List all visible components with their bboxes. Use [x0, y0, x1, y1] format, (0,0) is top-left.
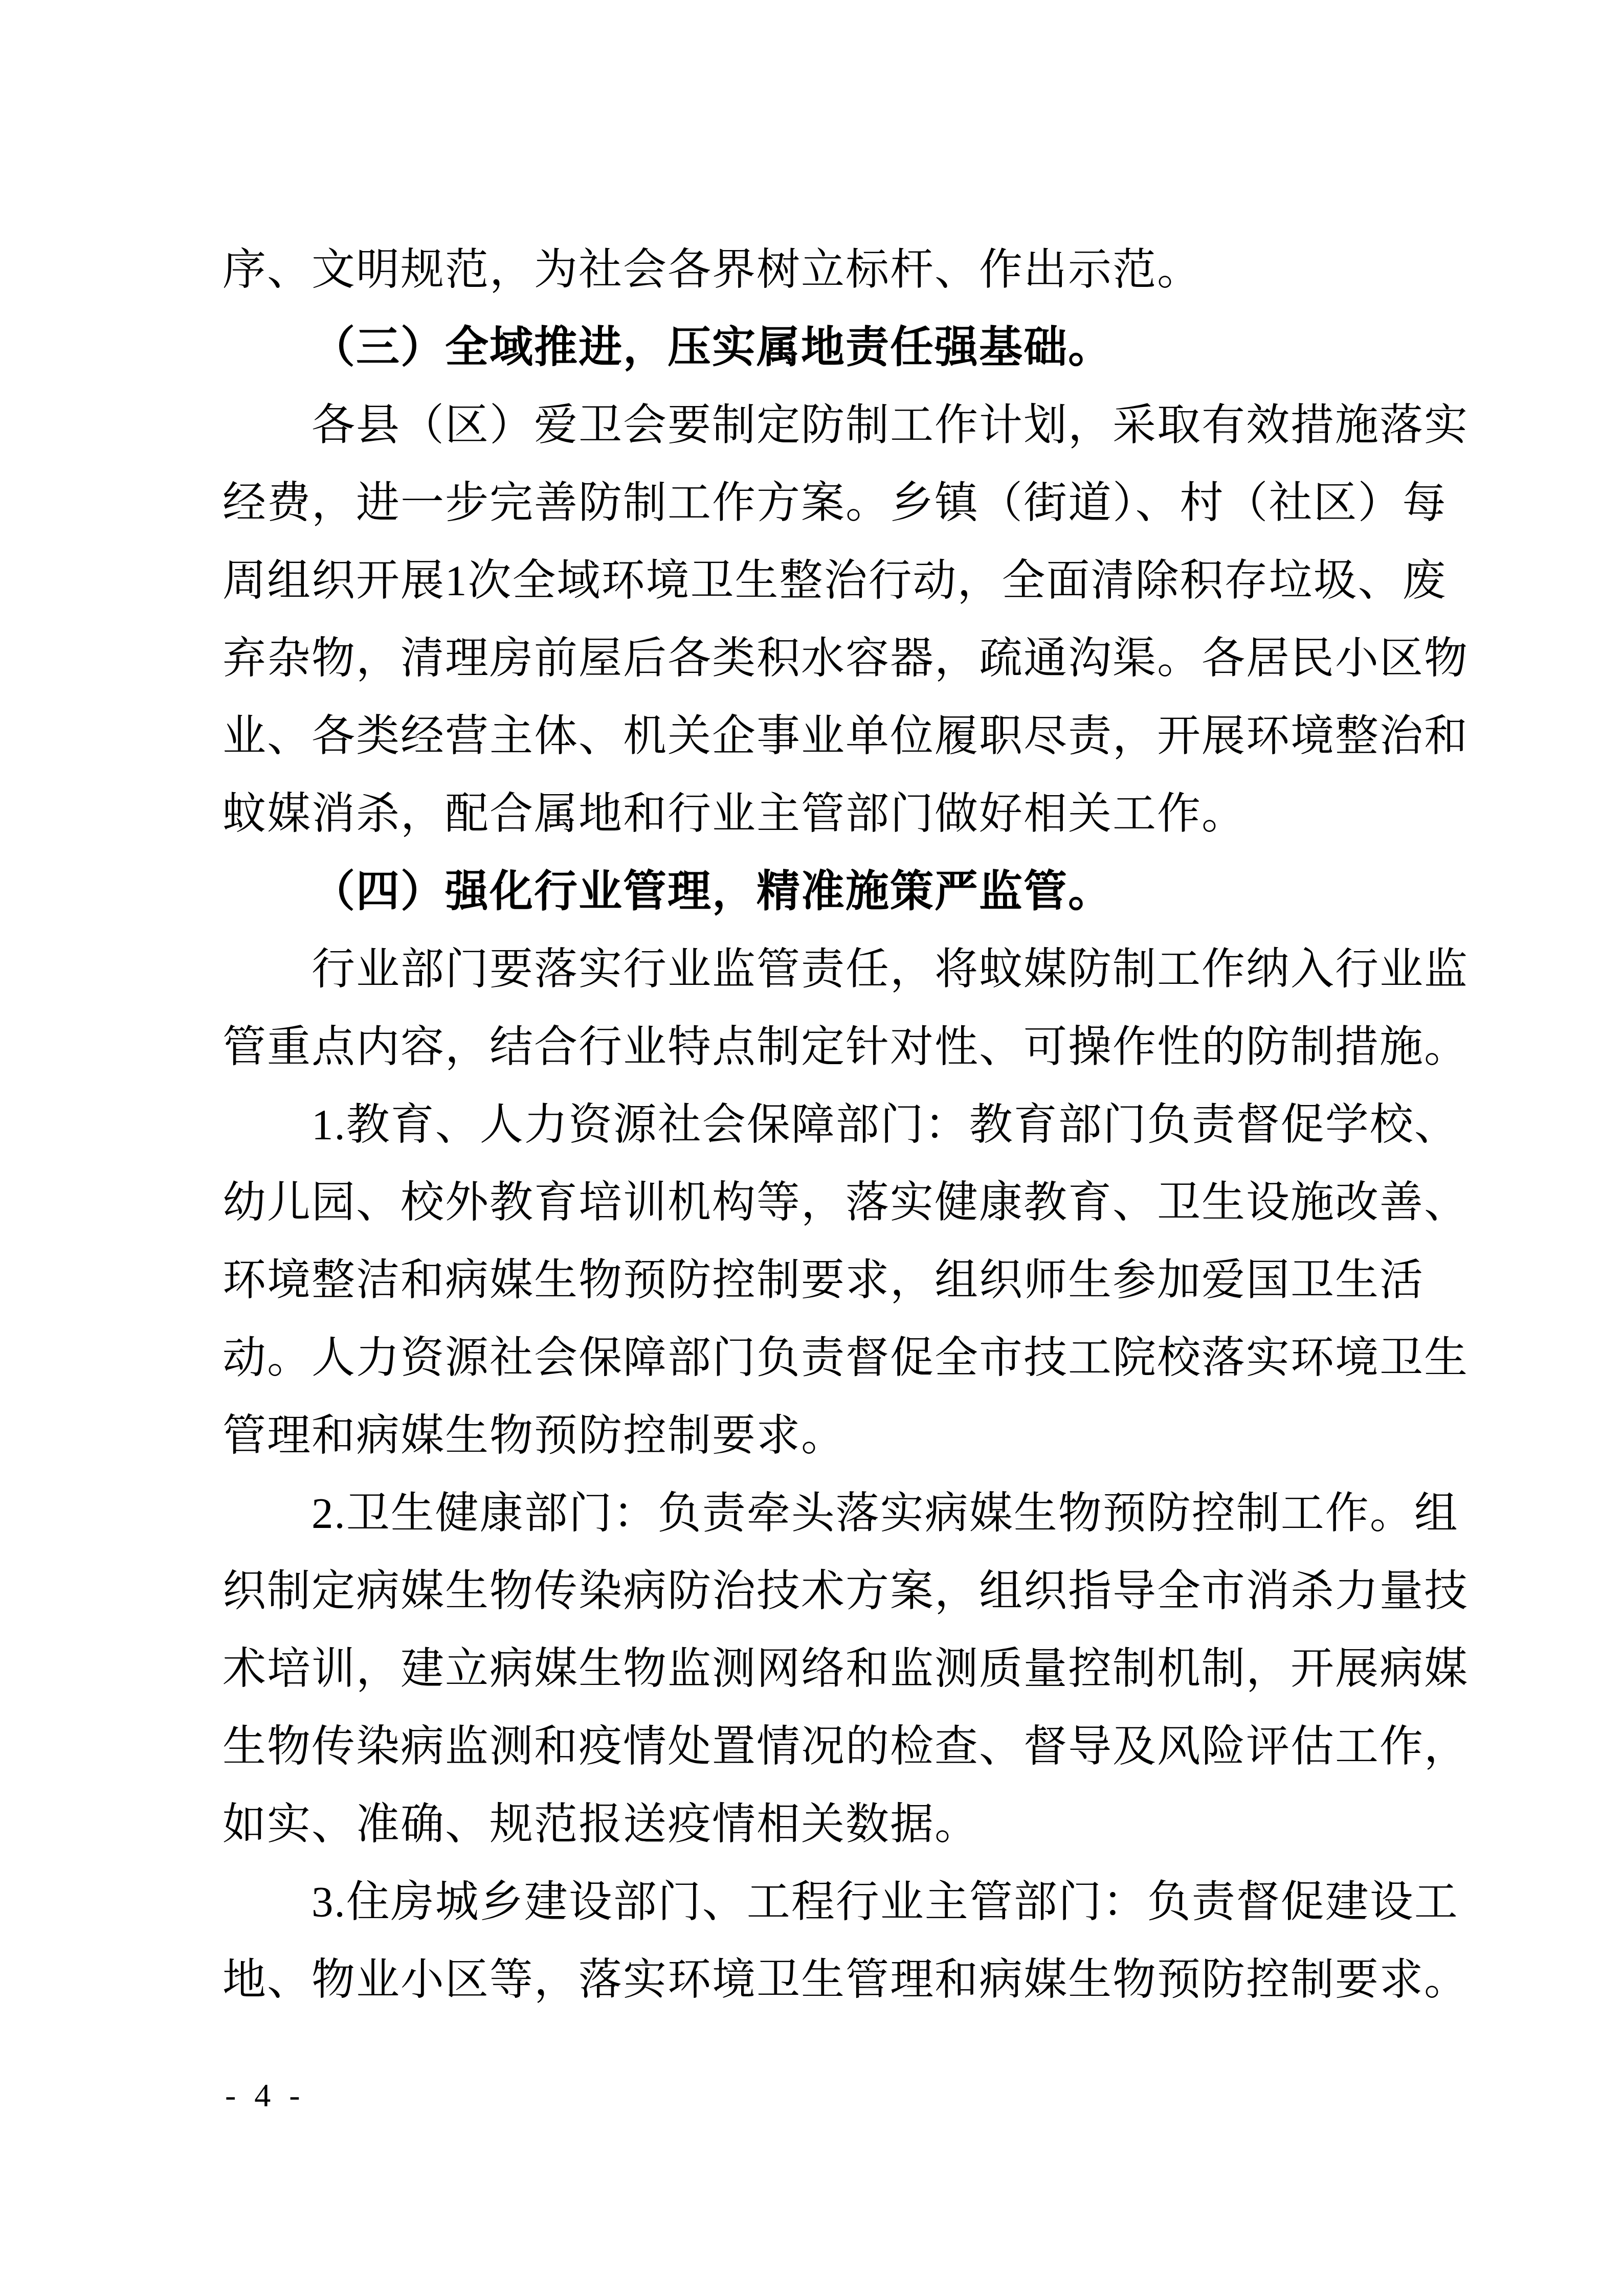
text-line: 幼儿园、校外教育培训机构等，落实健康教育、卫生设施改善、	[223, 1164, 1465, 1242]
text-line: 管理和病媒生物预防控制要求。	[223, 1397, 1465, 1475]
text-line: 如实、准确、规范报送疫情相关数据。	[223, 1786, 1465, 1863]
text-line: 序、文明规范，为社会各界树立标杆、作出示范。	[223, 231, 1465, 309]
text-line: 织制定病媒生物传染病防治技术方案，组织指导全市消杀力量技	[223, 1552, 1465, 1630]
document-page: 序、文明规范，为社会各界树立标杆、作出示范。（三）全域推进，压实属地责任强基础。…	[0, 0, 1624, 2296]
text-line: 行业部门要落实行业监管责任，将蚊媒防制工作纳入行业监	[223, 931, 1465, 1008]
text-line: 术培训，建立病媒生物监测网络和监测质量控制机制，开展病媒	[223, 1630, 1465, 1708]
text-line: 地、物业小区等，落实环境卫生管理和病媒生物预防控制要求。	[223, 1941, 1465, 2019]
text-line: 蚊媒消杀，配合属地和行业主管部门做好相关工作。	[223, 775, 1465, 853]
text-line: 经费，进一步完善防制工作方案。乡镇（街道）、村（社区）每	[223, 464, 1465, 542]
text-line: 环境整洁和病媒生物预防控制要求，组织师生参加爱国卫生活	[223, 1242, 1465, 1319]
text-line: 业、各类经营主体、机关企事业单位履职尽责，开展环境整治和	[223, 697, 1465, 775]
page-number: - 4 -	[225, 2075, 305, 2116]
text-line: 管重点内容，结合行业特点制定针对性、可操作性的防制措施。	[223, 1008, 1465, 1086]
text-line: 1.教育、人力资源社会保障部门：教育部门负责督促学校、	[223, 1086, 1465, 1164]
text-line: 2.卫生健康部门：负责牵头落实病媒生物预防控制工作。组	[223, 1475, 1465, 1552]
text-line: 周组织开展1次全域环境卫生整治行动，全面清除积存垃圾、废	[223, 542, 1465, 620]
text-line: 弃杂物，清理房前屋后各类积水容器，疏通沟渠。各居民小区物	[223, 620, 1465, 697]
text-line: 动。人力资源社会保障部门负责督促全市技工院校落实环境卫生	[223, 1319, 1465, 1397]
text-line: 3.住房城乡建设部门、工程行业主管部门：负责督促建设工	[223, 1863, 1465, 1941]
text-line: 各县（区）爱卫会要制定防制工作计划，采取有效措施落实	[223, 387, 1465, 464]
section-heading: （三）全域推进，压实属地责任强基础。	[223, 309, 1465, 387]
document-body: 序、文明规范，为社会各界树立标杆、作出示范。（三）全域推进，压实属地责任强基础。…	[223, 231, 1465, 2019]
section-heading: （四）强化行业管理，精准施策严监管。	[223, 853, 1465, 931]
text-line: 生物传染病监测和疫情处置情况的检查、督导及风险评估工作，	[223, 1708, 1465, 1786]
